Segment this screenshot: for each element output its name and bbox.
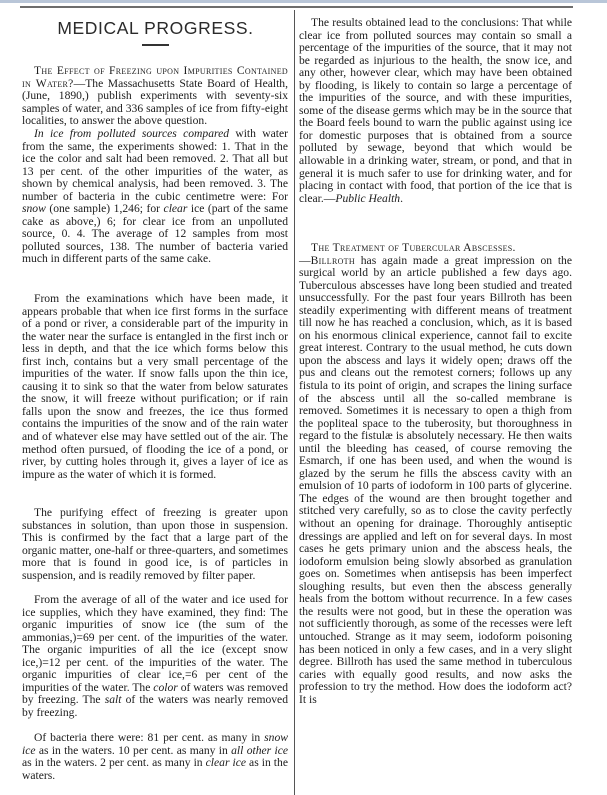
source-citation: Public Health bbox=[335, 192, 400, 205]
article-freezing-examinations: From the examinations which have been ma… bbox=[22, 293, 288, 481]
article-freezing-intro: The Effect of Freezing upon Impurities C… bbox=[22, 65, 288, 128]
article-tubercular-abscesses: The Treatment of Tubercular Abscesses.—B… bbox=[299, 242, 572, 706]
author-name-billroth: Billroth bbox=[311, 254, 355, 267]
article-freezing-conclusion: The results obtained lead to the conclus… bbox=[299, 17, 572, 205]
page-title: MEDICAL PROGRESS. bbox=[22, 18, 289, 39]
header-rule bbox=[20, 6, 573, 8]
article-heading-tubercular: The Treatment of Tubercular Abscesses. bbox=[311, 241, 516, 254]
article-freezing-purifying: The purifying effect of freezing is grea… bbox=[22, 507, 288, 582]
article-freezing-bacteria: Of bacteria there were: 81 per cent. as … bbox=[22, 732, 288, 782]
article-freezing-findings: In ice from polluted sources compared wi… bbox=[22, 128, 288, 266]
title-underline bbox=[142, 44, 169, 46]
column-divider bbox=[294, 10, 295, 795]
top-edge-strip bbox=[0, 0, 607, 3]
article-freezing-averages: From the average of all of the water and… bbox=[22, 594, 288, 719]
